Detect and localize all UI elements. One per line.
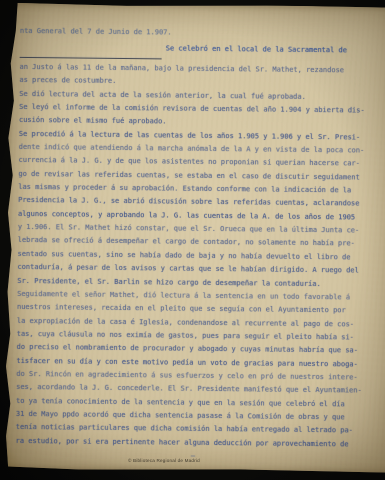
library-watermark: © Biblioteca Regional de Madrid [128, 458, 200, 463]
opening-sentence: Se celebró en el local de la Sacramental… [166, 44, 347, 54]
typewritten-text-block: nta General del 7 de Junio de 1.907. Se … [15, 25, 376, 462]
text-line: ra estudio, por si era pertinente hacer … [16, 435, 372, 452]
minutes-body: an Justo á las 11 de la mañana, bajo la … [16, 61, 376, 452]
document-page: nta General del 7 de Junio de 1.907. Se … [3, 3, 385, 473]
blank-underline [20, 56, 162, 59]
